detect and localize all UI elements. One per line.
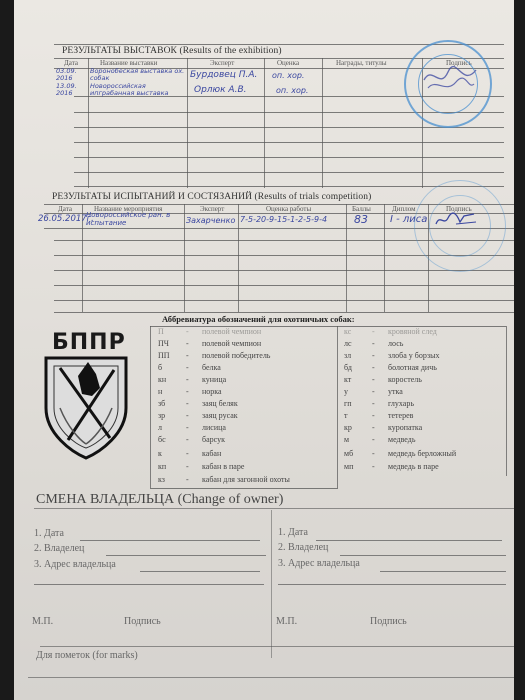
field-address-line-2[interactable]	[278, 584, 506, 585]
exhibition-expert: Орлюк А.В.	[194, 85, 246, 95]
abbr-item: н-норка	[158, 387, 222, 396]
exhibition-name: Новороссийская ипграбанная выставка	[90, 83, 186, 97]
stamp-place-label: М.П.	[276, 616, 297, 627]
col-exhibition-name: Название выставки	[100, 59, 157, 67]
field-date-label: 1. Дата	[34, 528, 64, 539]
exhibition-name: Воронобеская выставка ох. собак	[90, 68, 186, 82]
abbr-item: зл-злоба у борзых	[344, 351, 439, 360]
trials-title: РЕЗУЛЬТАТЫ ИСПЫТАНИЙ И СОСТЯЗАНИЙ (Resul…	[52, 192, 371, 202]
abbr-item: к-кабан	[158, 449, 221, 458]
col-date: Дата	[64, 59, 78, 67]
abbr-item: ПП-полевой победитель	[158, 351, 270, 360]
col-expert: Эксперт	[210, 59, 234, 67]
abbr-item: кз-кабан для загонной охоты	[158, 475, 290, 484]
exhibitions-title: РЕЗУЛЬТАТЫ ВЫСТАВОК (Results of the exhi…	[62, 46, 282, 56]
field-owner-label: 2. Владелец	[34, 543, 84, 554]
signature-label: Подпись	[370, 616, 407, 627]
field-address-line-2[interactable]	[34, 584, 264, 585]
abbr-item: кт-коростель	[344, 375, 422, 384]
abbr-item: гп-глухарь	[344, 399, 414, 408]
abbr-item: т-тетерев	[344, 411, 413, 420]
trial-score-detail: 7-5-20-9-15-1-2-5-9-4	[240, 215, 327, 224]
field-address-label: 3. Адрес владельца	[278, 558, 360, 569]
abbr-item: зр-заяц русак	[158, 411, 238, 420]
field-date-line[interactable]	[316, 540, 502, 541]
field-date-line[interactable]	[80, 540, 260, 541]
abbr-item: кп-кабан в паре	[158, 462, 244, 471]
field-owner-label: 2. Владелец	[278, 542, 328, 553]
exhibition-expert: Бурдовец П.А.	[190, 70, 257, 80]
abbr-item: П-полевой чемпион	[158, 327, 261, 336]
abbr-item: мб-медведь берложный	[344, 449, 456, 458]
abbr-item: кс-кровяной след	[344, 327, 437, 336]
signature-label: Подпись	[124, 616, 161, 627]
field-address-line[interactable]	[140, 571, 260, 572]
exhibition-grade: оп. хор.	[272, 71, 304, 80]
abbr-item: бс-барсук	[158, 435, 225, 444]
trial-expert: Захарченко	[186, 216, 235, 225]
abbr-item: мп-медведь в паре	[344, 462, 439, 471]
abbr-item: зб-заяц беляк	[158, 399, 238, 408]
marks-label: Для пометок (for marks)	[36, 650, 138, 661]
field-address-line[interactable]	[380, 571, 506, 572]
shield-emblem-icon	[40, 348, 132, 460]
field-owner-line[interactable]	[340, 555, 506, 556]
abbreviations-title: Аббревиатура обозначений для охотничьих …	[162, 314, 355, 324]
abbr-item: лс-лось	[344, 339, 403, 348]
field-address-label: 3. Адрес владельца	[34, 559, 116, 570]
abbr-item: кн-куница	[158, 375, 226, 384]
stamp-place-label: М.П.	[32, 616, 53, 627]
exhibition-date: 03.09. 2016	[56, 68, 86, 82]
abbr-item: б-белка	[158, 363, 221, 372]
col-diploma: Диплом	[392, 205, 416, 213]
abbr-item: у-утка	[344, 387, 403, 396]
exhibition-date: 13.09. 2016	[56, 83, 86, 97]
col-awards: Награды, титулы	[336, 59, 387, 67]
abbr-item: м-медведь	[344, 435, 415, 444]
official-stamp-exhibition	[404, 40, 492, 128]
abbr-item: л-лисица	[158, 423, 226, 432]
col-expert: Эксперт	[200, 205, 224, 213]
trial-points: 83	[354, 213, 368, 226]
official-stamp-trials	[414, 180, 506, 272]
col-work-score: Оценка работы	[266, 205, 311, 213]
abbr-item: кр-куропатка	[344, 423, 422, 432]
field-owner-line[interactable]	[106, 555, 266, 556]
pedigree-document-page: РЕЗУЛЬТАТЫ ВЫСТАВОК (Results of the exhi…	[14, 0, 514, 700]
owner-change-title: СМЕНА ВЛАДЕЛЬЦА (Change of owner)	[36, 492, 283, 508]
col-points: Баллы	[352, 205, 371, 213]
trial-event-name: Новороссийское ран. в испытание	[86, 212, 182, 227]
abbr-item: бд-болотная дичь	[344, 363, 437, 372]
abbr-item: ПЧ-полевой чемпион	[158, 339, 261, 348]
col-grade: Оценка	[277, 59, 299, 67]
exhibition-grade: оп. хор.	[276, 86, 308, 95]
signature-icon	[422, 60, 478, 100]
field-date-label: 1. Дата	[278, 527, 308, 538]
bppr-logo: БППР	[32, 320, 132, 470]
col-date: Дата	[58, 205, 72, 213]
